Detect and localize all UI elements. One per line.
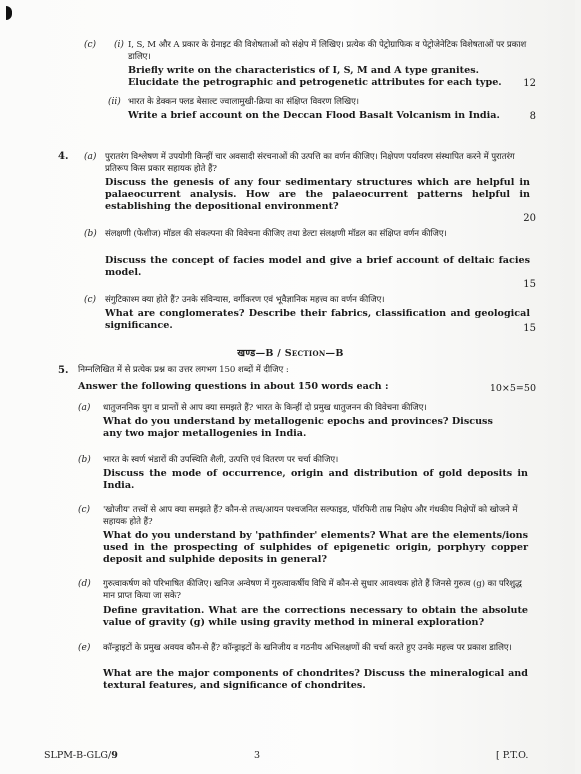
question-hindi: 'खोजीय' तत्त्वों से आप क्या समझते हैं? क… xyxy=(103,504,533,528)
question-english: Discuss the concept of facies model and … xyxy=(105,255,530,279)
question-english: Discuss the genesis of any four sediment… xyxy=(105,177,530,214)
question-english: Define gravitation. What are the correct… xyxy=(103,605,528,629)
question-english: Briefly write on the characteristics of … xyxy=(128,65,523,89)
section-heading-hindi: खण्ड—B xyxy=(237,348,273,359)
paper-code-number: 9 xyxy=(111,750,118,761)
question-english: Write a brief account on the Deccan Floo… xyxy=(128,110,528,122)
scan-edge-mark xyxy=(6,6,12,20)
question-hindi: संगुटिकाश्म क्या होते हैं? उनके संविन्या… xyxy=(105,294,530,306)
question-hindi: पुरातरंग विश्लेषण में उपयोगी किन्हीं चार… xyxy=(105,151,530,175)
section-heading: खण्ड—B / Section—B xyxy=(0,346,581,359)
marks: 12 xyxy=(523,78,536,89)
question-hindi: भारत के स्वर्ण भंडारों की उपस्थिति शैली,… xyxy=(103,454,533,466)
marks: 15 xyxy=(523,323,536,334)
question-hindi: गुरुत्वाकर्षण को परिभाषित कीजिए। खनिज अन… xyxy=(103,578,533,602)
marks: 10×5=50 xyxy=(490,383,536,394)
paper-code-prefix: SLPM-B-GLG/ xyxy=(44,750,111,761)
part-label: (b) xyxy=(84,229,97,239)
question-english: What do you understand by metallogenic e… xyxy=(103,416,513,440)
marks: 20 xyxy=(523,213,536,224)
question-english: What are conglomerates? Describe their f… xyxy=(105,308,530,332)
question-hindi: धातुजननिक युग व प्रान्तों से आप क्या समझ… xyxy=(103,402,533,414)
subpart-label: (i) xyxy=(114,40,124,50)
page-number: 3 xyxy=(254,750,260,761)
part-label: (a) xyxy=(84,152,96,162)
part-label: (a) xyxy=(78,403,90,413)
section-heading-separator: / xyxy=(274,348,285,359)
question-hindi: संलक्षणी (फेशीज) मॉडल की संकल्पना की विव… xyxy=(105,228,530,240)
question-number: 5. xyxy=(58,365,68,376)
question-hindi: कॉन्ड्राइटों के प्रमुख अवयव कौन-से हैं? … xyxy=(103,642,533,654)
question-english: Discuss the mode of occurrence, origin a… xyxy=(103,468,528,492)
question-number: 4. xyxy=(58,151,68,162)
marks: 8 xyxy=(530,111,536,122)
question-intro-english: Answer the following questions in about … xyxy=(78,381,458,393)
part-label: (c) xyxy=(84,40,96,50)
question-hindi: भारत के डेक्कन फ्लड बेसाल्ट ज्वालामुखी-क… xyxy=(128,96,528,108)
question-hindi: I, S, M और A प्रकार के ग्रेनाइट की विशेष… xyxy=(128,39,528,63)
question-english: What are the major components of chondri… xyxy=(103,668,528,692)
paper-code: SLPM-B-GLG/9 xyxy=(44,750,118,761)
part-label: (c) xyxy=(84,295,96,305)
section-heading-english: Section—B xyxy=(285,348,344,359)
part-label: (d) xyxy=(78,579,91,589)
marks: 15 xyxy=(523,279,536,290)
exam-page: (c) (i) I, S, M और A प्रकार के ग्रेनाइट … xyxy=(0,0,575,774)
part-label: (b) xyxy=(78,455,91,465)
part-label: (e) xyxy=(78,643,90,653)
please-turn-over: [ P.T.O. xyxy=(496,750,528,761)
question-english: What do you understand by 'pathfinder' e… xyxy=(103,530,528,567)
question-intro-hindi: निम्नलिखित में से प्रत्येक प्रश्न का उत्… xyxy=(78,364,498,376)
subpart-label: (ii) xyxy=(108,97,121,107)
part-label: (c) xyxy=(78,505,90,515)
